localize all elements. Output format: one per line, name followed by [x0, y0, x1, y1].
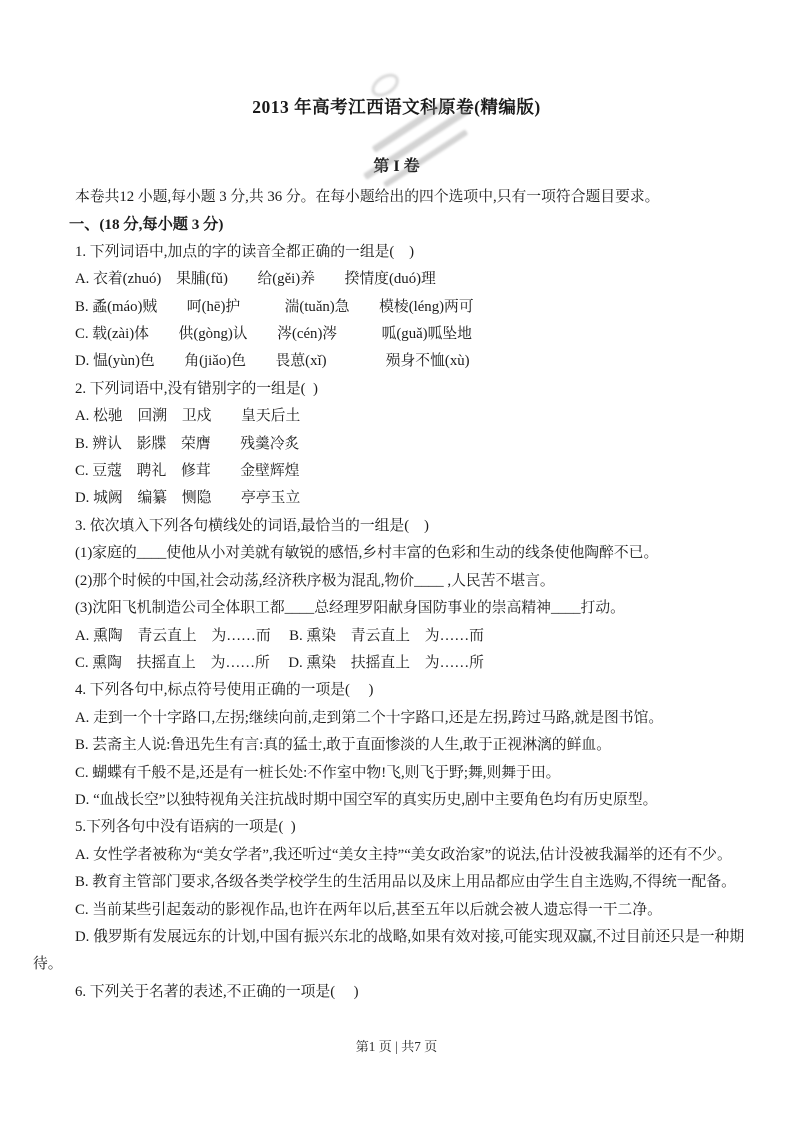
exam-instructions: 本卷共12 小题,每小题 3 分,共 36 分。在每小题给出的四个选项中,只有一… [33, 184, 765, 211]
document-title: 2013 年高考江西语文科原卷(精编版) [0, 0, 793, 120]
question-4-option-d: D. “血战长空”以独特视角关注抗战时期中国空军的真实历史,剧中主要角色均有历史… [33, 787, 765, 814]
question-1-stem: 1. 下列词语中,加点的字的读音全都正确的一组是( ) [33, 239, 765, 266]
question-5-option-b: B. 教育主管部门要求,各级各类学校学生的生活用品以及床上用品都应由学生自主选购… [33, 869, 765, 896]
question-3-sentence-3: (3)沈阳飞机制造公司全体职工都____总经理罗阳献身国防事业的崇高精神____… [33, 595, 765, 622]
question-5-option-d: D. 俄罗斯有发展远东的计划,中国有振兴东北的战略,如果有效对接,可能实现双赢,… [33, 924, 765, 979]
exam-body: 本卷共12 小题,每小题 3 分,共 36 分。在每小题给出的四个选项中,只有一… [0, 178, 793, 1006]
question-1-option-c: C. 载(zài)体 供(gòng)认 涔(cén)涔 呱(guǎ)呱坠地 [33, 321, 765, 348]
question-3-options-row-cd: C. 熏陶 扶摇直上 为……所 D. 熏染 扶摇直上 为……所 [33, 650, 765, 677]
question-1-option-b: B. 蟊(máo)贼 呵(hē)护 湍(tuǎn)急 模棱(léng)两可 [33, 294, 765, 321]
question-5-option-a: A. 女性学者被称为“美女学者”,我还听过“美女主持”“美女政治家”的说法,估计… [33, 842, 765, 869]
question-2-option-b: B. 辨认 影牒 荣膺 残羹冷炙 [33, 431, 765, 458]
question-1-option-d: D. 愠(yùn)色 角(jiǎo)色 畏葸(xǐ) 殒身不恤(xù) [33, 348, 765, 375]
question-2-option-d: D. 城阙 编纂 恻隐 亭亭玉立 [33, 485, 765, 512]
question-3-options-row-ab: A. 熏陶 青云直上 为……而 B. 熏染 青云直上 为……而 [33, 623, 765, 650]
question-4-stem: 4. 下列各句中,标点符号使用正确的一项是( ) [33, 677, 765, 704]
question-4-option-c: C. 蝴蝶有千般不是,还是有一桩长处:不作室中物!飞,则飞于野;舞,则舞于田。 [33, 760, 765, 787]
question-3-sentence-1: (1)家庭的____使他从小对美就有敏锐的感悟,乡村丰富的色彩和生动的线条使他陶… [33, 540, 765, 567]
question-4-option-b: B. 芸斋主人说:鲁迅先生有言:真的猛士,敢于直面惨淡的人生,敢于正视淋漓的鲜血… [33, 732, 765, 759]
question-1-option-a: A. 衣着(zhuó) 果脯(fǔ) 给(gěi)养 揆情度(duó)理 [33, 266, 765, 293]
question-2-option-c: C. 豆蔻 聘礼 修茸 金壁辉煌 [33, 458, 765, 485]
page-indicator: 第1 页 | 共7 页 [0, 1036, 793, 1055]
question-3-stem: 3. 依次填入下列各句横线处的词语,最恰当的一组是( ) [33, 513, 765, 540]
question-5-stem: 5.下列各句中没有语病的一项是( ) [33, 814, 765, 841]
question-3-sentence-2: (2)那个时候的中国,社会动荡,经济秩序极为混乱,物价____ ,人民苦不堪言。 [33, 568, 765, 595]
question-6-stem: 6. 下列关于名著的表述,不正确的一项是( ) [33, 979, 765, 1006]
exam-page: 2013 年高考江西语文科原卷(精编版) 第 I 卷 本卷共12 小题,每小题 … [0, 0, 793, 1122]
question-2-stem: 2. 下列词语中,没有错别字的一组是( ) [33, 376, 765, 403]
volume-heading: 第 I 卷 [0, 156, 793, 178]
question-5-option-c: C. 当前某些引起轰动的影视作品,也许在两年以后,甚至五年以后就会被人遗忘得一干… [33, 897, 765, 924]
question-2-option-a: A. 松驰 回溯 卫戍 皇天后土 [33, 403, 765, 430]
question-4-option-a: A. 走到一个十字路口,左拐;继续向前,走到第二个十字路口,还是左拐,跨过马路,… [33, 705, 765, 732]
section-1-heading: 一、(18 分,每小题 3 分) [33, 211, 765, 238]
